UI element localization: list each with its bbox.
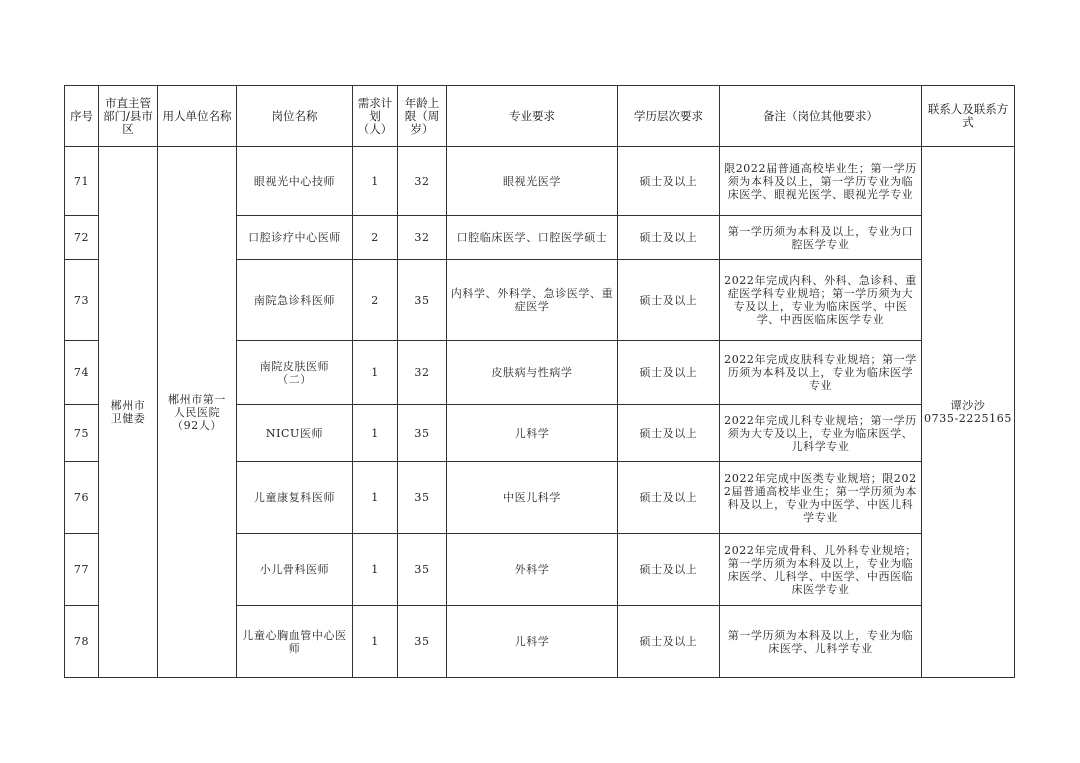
cell-education: 硕士及以上 [618,341,720,405]
header-row: 序号 市直主管部门/县市区 用人单位名称 岗位名称 需求计划（人） 年龄上限（周… [65,86,1015,147]
cell-seq: 72 [65,216,99,260]
cell-education: 硕士及以上 [618,147,720,216]
cell-note: 2022年完成儿科专业规培；第一学历须为大专及以上，专业为临床医学、儿科学专业 [720,405,922,462]
cell-major: 皮肤病与性病学 [447,341,618,405]
cell-education: 硕士及以上 [618,260,720,341]
cell-count: 1 [353,405,398,462]
cell-age: 35 [398,462,447,534]
cell-seq: 78 [65,606,99,678]
cell-seq: 74 [65,341,99,405]
cell-position: NICU医师 [237,405,353,462]
cell-position: 南院皮肤医师（二） [237,341,353,405]
recruitment-table: 序号 市直主管部门/县市区 用人单位名称 岗位名称 需求计划（人） 年龄上限（周… [64,85,1015,678]
cell-age: 35 [398,534,447,606]
cell-major: 外科学 [447,534,618,606]
cell-seq: 71 [65,147,99,216]
cell-department: 郴州市卫健委 [99,147,158,678]
header-count: 需求计划（人） [353,86,398,147]
cell-count: 2 [353,216,398,260]
cell-note: 第一学历须为本科及以上，专业为临床医学、儿科学专业 [720,606,922,678]
cell-note: 2022年完成皮肤科专业规培；第一学历须为本科及以上，专业为临床医学专业 [720,341,922,405]
cell-seq: 77 [65,534,99,606]
cell-position: 小儿骨科医师 [237,534,353,606]
cell-note: 第一学历须为本科及以上，专业为口腔医学专业 [720,216,922,260]
header-education: 学历层次要求 [618,86,720,147]
contact-phone: 0735-2225165 [924,412,1012,425]
cell-contact: 谭沙沙 0735-2225165 [922,147,1015,678]
cell-count: 2 [353,260,398,341]
header-seq: 序号 [65,86,99,147]
cell-education: 硕士及以上 [618,462,720,534]
header-age: 年龄上限（周岁） [398,86,447,147]
cell-age: 35 [398,260,447,341]
cell-education: 硕士及以上 [618,216,720,260]
header-major: 专业要求 [447,86,618,147]
header-employer: 用人单位名称 [158,86,237,147]
cell-age: 32 [398,147,447,216]
cell-note: 2022年完成内科、外科、急诊科、重症医学科专业规培；第一学历须为大专及以上，专… [720,260,922,341]
cell-age: 32 [398,216,447,260]
cell-position: 口腔诊疗中心医师 [237,216,353,260]
cell-seq: 76 [65,462,99,534]
header-department: 市直主管部门/县市区 [99,86,158,147]
cell-seq: 73 [65,260,99,341]
contact-name: 谭沙沙 [924,399,1012,412]
cell-count: 1 [353,341,398,405]
cell-note: 2022年完成骨科、儿外科专业规培；第一学历须为本科及以上，专业为临床医学、儿科… [720,534,922,606]
cell-major: 儿科学 [447,405,618,462]
cell-count: 1 [353,534,398,606]
cell-major: 儿科学 [447,606,618,678]
cell-note: 限2022届普通高校毕业生；第一学历须为本科及以上，第一学历专业为临床医学、眼视… [720,147,922,216]
cell-position: 南院急诊科医师 [237,260,353,341]
cell-position: 儿童康复科医师 [237,462,353,534]
cell-count: 1 [353,606,398,678]
cell-age: 32 [398,341,447,405]
header-position: 岗位名称 [237,86,353,147]
header-note: 备注（岗位其他要求） [720,86,922,147]
cell-major: 中医儿科学 [447,462,618,534]
cell-count: 1 [353,462,398,534]
cell-position: 儿童心胸血管中心医师 [237,606,353,678]
cell-major: 口腔临床医学、口腔医学硕士 [447,216,618,260]
cell-education: 硕士及以上 [618,405,720,462]
cell-education: 硕士及以上 [618,606,720,678]
cell-employer: 郴州市第一人民医院（92人） [158,147,237,678]
cell-major: 内科学、外科学、急诊医学、重症医学 [447,260,618,341]
cell-seq: 75 [65,405,99,462]
cell-note: 2022年完成中医类专业规培；限2022届普通高校毕业生；第一学历须为本科及以上… [720,462,922,534]
cell-age: 35 [398,606,447,678]
cell-age: 35 [398,405,447,462]
cell-major: 眼视光医学 [447,147,618,216]
cell-education: 硕士及以上 [618,534,720,606]
header-contact: 联系人及联系方式 [922,86,1015,147]
cell-position: 眼视光中心技师 [237,147,353,216]
table-row: 71 郴州市卫健委 郴州市第一人民医院（92人） 眼视光中心技师 1 32 眼视… [65,147,1015,216]
cell-count: 1 [353,147,398,216]
